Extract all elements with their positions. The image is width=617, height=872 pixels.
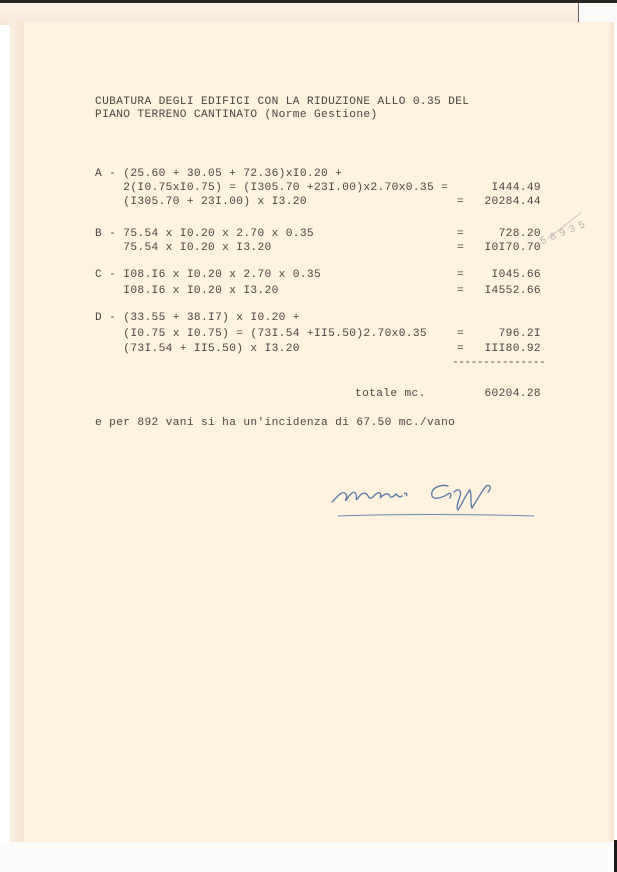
- document-title-line-1: CUBATURA DEGLI EDIFICI CON LA RIDUZIONE …: [95, 96, 469, 109]
- section-d-value-1: 796.2I: [451, 328, 541, 341]
- scan-bottom-area: [0, 842, 614, 872]
- section-b-value-1: 728.20: [451, 228, 541, 241]
- section-c-value-2: I4552.66: [451, 285, 541, 298]
- section-c-line-2: I08.I6 x I0.20 x I3.20: [95, 285, 279, 298]
- document-title-line-2: PIANO TERRENO CANTINATO (Norme Gestione): [95, 109, 378, 122]
- sum-separator: ---------------: [452, 357, 545, 369]
- section-c-value-1: I045.66: [451, 269, 541, 282]
- section-b-line-2: 75.54 x I0.20 x I3.20: [95, 242, 272, 255]
- section-a-value-1: I444.49: [451, 182, 541, 195]
- section-a-line-1: A - (25.60 + 30.05 + 72.36)xI0.20 +: [95, 168, 342, 181]
- section-c-line-1: C - I08.I6 x I0.20 x 2.70 x 0.35: [95, 269, 321, 282]
- page-left-margin: [10, 22, 24, 842]
- section-d-line-1: D - (33.55 + 38.I7) x I0.20 +: [95, 312, 300, 325]
- signature: [330, 472, 540, 522]
- section-a-line-3: (I305.70 + 23I.00) x I3.20: [95, 196, 307, 209]
- section-d-value-2: III80.92: [451, 343, 541, 356]
- section-d-line-2: (I0.75 x I0.75) = (73I.54 +II5.50)2.70x0…: [95, 328, 427, 341]
- incidence-line: e per 892 vani si ha un'incidenza di 67.…: [95, 417, 455, 430]
- section-b-line-1: B - 75.54 x I0.20 x 2.70 x 0.35: [95, 228, 314, 241]
- total-value: 60204.28: [451, 388, 541, 401]
- document-page: [10, 22, 614, 842]
- total-label: totale mc.: [355, 388, 426, 401]
- section-a-line-2: 2(I0.75xI0.75) = (I305.70 +23I.00)x2.70x…: [95, 182, 448, 195]
- section-a-value-2: 20284.44: [451, 196, 541, 209]
- section-b-value-2: I0I70.70: [451, 242, 541, 255]
- section-d-line-3: (73I.54 + II5.50) x I3.20: [95, 343, 300, 356]
